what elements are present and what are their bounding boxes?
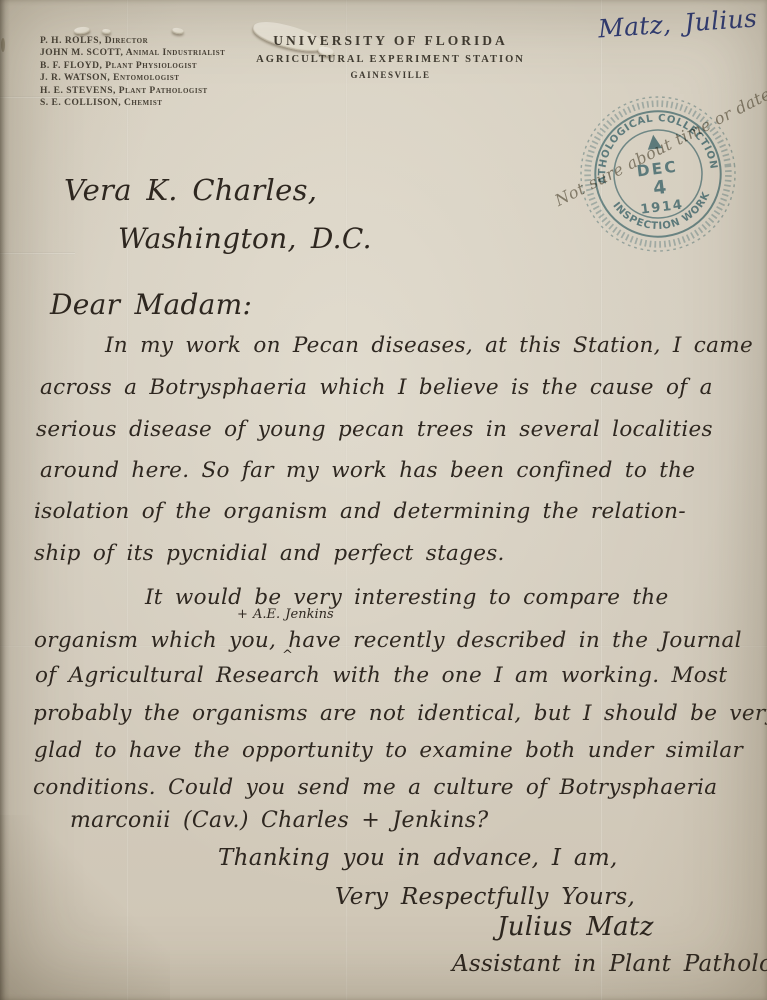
staff-line: S. E. COLLISON, Chemist [40, 97, 225, 109]
signature: Julius Matz [497, 912, 654, 942]
body-line: conditions. Could you send me a culture … [33, 775, 717, 800]
letterhead-masthead: UNIVERSITY OF FLORIDA AGRICULTURAL EXPER… [0, 33, 767, 80]
signature-title: Assistant in Plant Pathology. [452, 951, 767, 977]
closing-line: Very Respectfully Yours, [335, 884, 635, 910]
recipient-name: Vera K. Charles, [64, 173, 317, 207]
body-line: across a Botrysphaeria which I believe i… [40, 375, 713, 400]
closing-line: Thanking you in advance, I am, [218, 845, 618, 871]
body-line: In my work on Pecan diseases, at this St… [105, 333, 753, 358]
body-line: probably the organisms are not identical… [33, 701, 767, 726]
body-line: It would be very interesting to compare … [145, 585, 668, 610]
body-line: isolation of the organism and determinin… [34, 499, 686, 524]
stamp-year: 1914 [640, 198, 685, 218]
body-line: glad to have the opportunity to examine … [34, 738, 743, 763]
body-line: of Agricultural Research with the one I … [35, 663, 727, 688]
recipient-city: Washington, D.C. [118, 222, 372, 255]
stamp-day: 4 [652, 177, 667, 199]
body-line: around here. So far my work has been con… [40, 458, 695, 483]
interline-insertion: + A.E. Jenkins [237, 607, 334, 622]
body-line: serious disease of young pecan trees in … [36, 417, 713, 442]
station-city: GAINESVILLE [14, 70, 767, 80]
insertion-caret: ^ [282, 648, 293, 663]
salutation: Dear Madam: [50, 288, 252, 321]
body-line: organism which you, have recently descri… [34, 628, 742, 653]
body-line: ship of its pycnidial and perfect stages… [34, 541, 505, 566]
staff-line: H. E. STEVENS, Plant Pathologist [40, 85, 225, 97]
body-line: marconii (Cav.) Charles + Jenkins? [70, 808, 488, 833]
division-name: AGRICULTURAL EXPERIMENT STATION [14, 54, 767, 65]
